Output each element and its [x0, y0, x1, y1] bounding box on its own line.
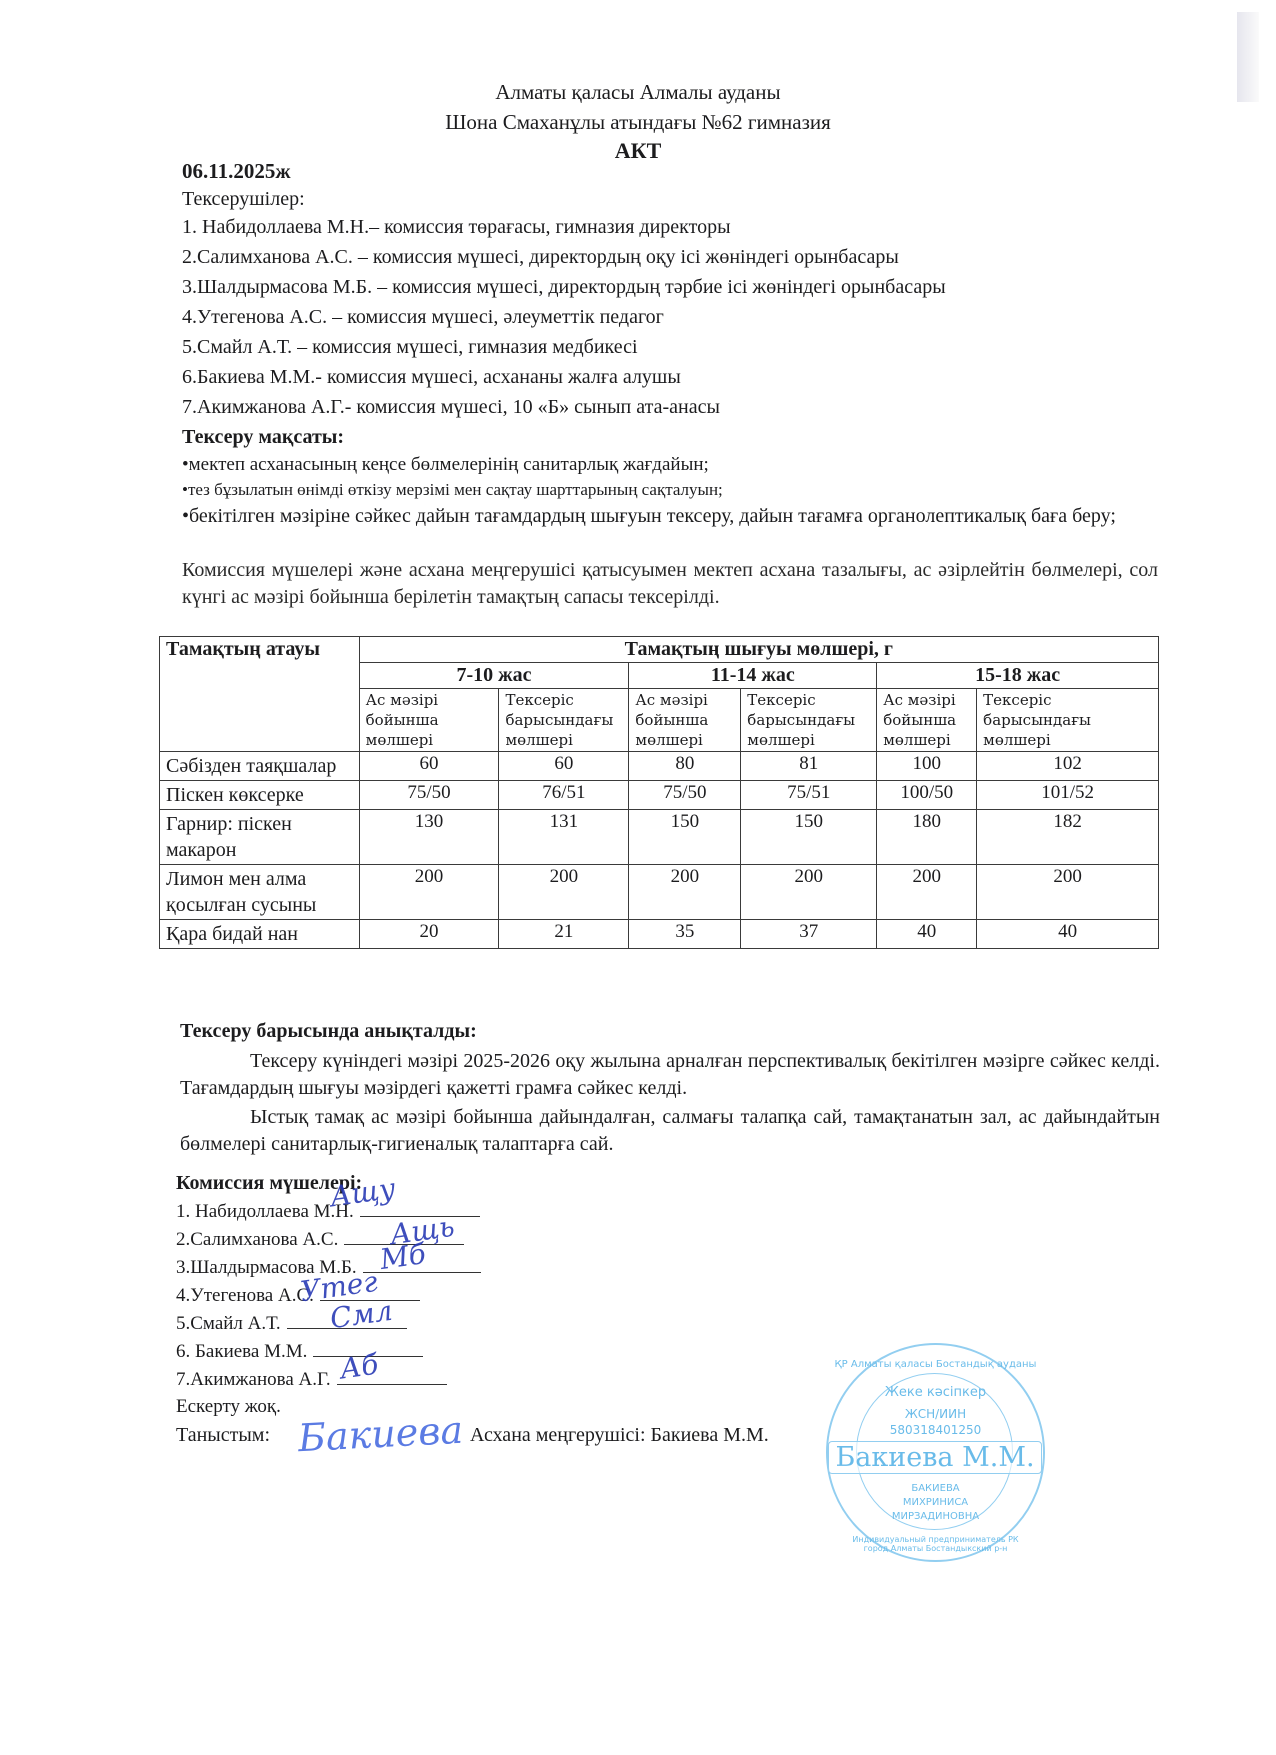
subheader-checked-amount: Тексеріс барысындағы мөлшері	[977, 689, 1159, 752]
amount-cell: 75/50	[359, 781, 499, 810]
inspector-item: 2.Салимханова А.С. – комиссия мүшесі, ди…	[182, 246, 899, 269]
purpose-label: Тексеру мақсаты:	[182, 426, 344, 449]
inspector-item: 7.Акимжанова А.Г.- комиссия мүшесі, 10 «…	[182, 396, 720, 419]
amount-cell: 60	[499, 752, 629, 781]
inspector-item: 3.Шалдырмасова М.Б. – комиссия мүшесі, д…	[182, 276, 946, 299]
table-body: Сәбізден таяқшалар60608081100102Піскен к…	[160, 752, 1159, 949]
member-name: 1. Набидоллаева М.Н.	[176, 1201, 354, 1222]
stamp-outer-top: ҚР Алматы қаласы Бостандық ауданы	[828, 1359, 1043, 1370]
subheader-checked-amount: Тексеріс барысындағы мөлшері	[741, 689, 877, 752]
amount-cell: 182	[977, 810, 1159, 865]
inspector-item: 1. Набидоллаева М.Н.– комиссия төрағасы,…	[182, 216, 731, 239]
findings-paragraph: Тексеру күніндегі мәзірі 2025-2026 оқу ж…	[180, 1048, 1160, 1102]
stamp-type: Жеке кәсіпкер	[828, 1385, 1043, 1400]
inspector-item: 5.Смайл А.Т. – комиссия мүшесі, гимназия…	[182, 336, 638, 359]
column-header-food-name: Тамақтың атауы	[160, 637, 360, 752]
amount-cell: 75/50	[629, 781, 741, 810]
stamp-full-name: МИРЗАДИНОВНА	[828, 1511, 1043, 1522]
subheader-menu-amount: Ас мәзірі бойынша мөлшері	[877, 689, 977, 752]
column-header-output: Тамақтың шығуы мөлшері, г	[359, 637, 1158, 663]
amount-cell: 20	[359, 920, 499, 949]
amount-cell: 81	[741, 752, 877, 781]
member-signature-line: 6. Бакиева М.М.	[176, 1338, 423, 1363]
age-group-header: 11-14 жас	[629, 663, 877, 689]
findings-paragraph: Ыстық тамақ ас мәзірі бойынша дайындалға…	[180, 1104, 1160, 1158]
amount-cell: 40	[977, 920, 1159, 949]
member-name: 5.Смайл А.Т.	[176, 1313, 281, 1334]
table-row: Лимон мен алма қосылған сусыны2002002002…	[160, 865, 1159, 920]
food-name-cell: Қара бидай нан	[160, 920, 360, 949]
official-stamp: ҚР Алматы қаласы Бостандық ауданы Жеке к…	[826, 1343, 1045, 1562]
note-text: Ескерту жоқ.	[176, 1396, 281, 1418]
amount-cell: 75/51	[741, 781, 877, 810]
manager-text: Асхана меңгерушісі: Бакиева М.М.	[470, 1424, 769, 1446]
food-name-cell: Сәбізден таяқшалар	[160, 752, 360, 781]
age-group-header: 15-18 жас	[877, 663, 1159, 689]
acknowledged-label: Таныстым:	[176, 1424, 270, 1446]
member-name: 7.Акимжанова А.Г.	[176, 1369, 331, 1390]
document-date: 06.11.2025ж	[182, 159, 291, 184]
food-name-cell: Лимон мен алма қосылған сусыны	[160, 865, 360, 920]
school-heading: Шона Смаханұлы атындағы №62 гимназия	[0, 110, 1276, 135]
member-signature: Мб	[378, 1237, 428, 1276]
district-heading: Алматы қаласы Алмалы ауданы	[0, 80, 1276, 105]
purpose-bullet: •бекітілген мәзіріне сәйкес дайын тағамд…	[182, 503, 1158, 530]
purpose-bullet: •тез бұзылатын өнімді өткізу мерзімі мен…	[182, 480, 723, 500]
inspector-item: 6.Бакиева М.М.- комиссия мүшесі, асханан…	[182, 366, 681, 389]
table-row: Гарнир: піскен макарон130131150150180182	[160, 810, 1159, 865]
stamp-outer-bottom: Индивидуальный предприниматель РК город …	[828, 1535, 1043, 1553]
food-output-table: Тамақтың атауы Тамақтың шығуы мөлшері, г…	[159, 636, 1159, 949]
amount-cell: 76/51	[499, 781, 629, 810]
stamp-full-name: МИХРИНИСА	[828, 1497, 1043, 1508]
table-row: Сәбізден таяқшалар60608081100102	[160, 752, 1159, 781]
amount-cell: 60	[359, 752, 499, 781]
member-name: 4.Утегенова А.С.	[176, 1285, 314, 1306]
food-name-cell: Піскен көксерке	[160, 781, 360, 810]
amount-cell: 180	[877, 810, 977, 865]
stamp-full-name: БАКИЕВА	[828, 1483, 1043, 1494]
stamp-id-label: ЖСН/ИИН	[828, 1407, 1043, 1421]
member-signature-line: 7.Акимжанова А.Г.	[176, 1366, 447, 1391]
amount-cell: 200	[741, 865, 877, 920]
amount-cell: 100	[877, 752, 977, 781]
table-header-row: Тамақтың атауы Тамақтың шығуы мөлшері, г	[160, 637, 1159, 663]
amount-cell: 200	[359, 865, 499, 920]
amount-cell: 200	[977, 865, 1159, 920]
table-row: Қара бидай нан202135374040	[160, 920, 1159, 949]
purpose-summary: Комиссия мүшелері және асхана меңгерушіс…	[182, 557, 1158, 611]
amount-cell: 200	[499, 865, 629, 920]
amount-cell: 150	[629, 810, 741, 865]
member-name: 6. Бакиева М.М.	[176, 1341, 307, 1362]
subheader-menu-amount: Ас мәзірі бойынша мөлшері	[359, 689, 499, 752]
amount-cell: 200	[629, 865, 741, 920]
member-signature: Аб	[338, 1347, 381, 1385]
amount-cell: 37	[741, 920, 877, 949]
manager-signature: Бакиева	[297, 1408, 464, 1461]
amount-cell: 40	[877, 920, 977, 949]
inspector-item: 4.Утегенова А.С. – комиссия мүшесі, әлеу…	[182, 306, 664, 329]
stamp-id-number: 580318401250	[828, 1423, 1043, 1437]
table-row: Піскен көксерке75/5076/5175/5075/51100/5…	[160, 781, 1159, 810]
amount-cell: 100/50	[877, 781, 977, 810]
food-name-cell: Гарнир: піскен макарон	[160, 810, 360, 865]
amount-cell: 102	[977, 752, 1159, 781]
amount-cell: 35	[629, 920, 741, 949]
amount-cell: 21	[499, 920, 629, 949]
amount-cell: 80	[629, 752, 741, 781]
amount-cell: 130	[359, 810, 499, 865]
amount-cell: 131	[499, 810, 629, 865]
findings-label: Тексеру барысында анықталды:	[180, 1020, 477, 1043]
subheader-menu-amount: Ас мәзірі бойынша мөлшері	[629, 689, 741, 752]
purpose-bullet: •мектеп асханасының кеңсе бөлмелерінің с…	[182, 454, 709, 476]
acknowledged-line: Таныстым: Асхана меңгерушісі: Бакиева М.…	[176, 1424, 769, 1447]
subheader-checked-amount: Тексеріс барысындағы мөлшері	[499, 689, 629, 752]
amount-cell: 200	[877, 865, 977, 920]
age-group-header: 7-10 жас	[359, 663, 629, 689]
inspectors-label: Тексерушілер:	[182, 188, 305, 211]
amount-cell: 101/52	[977, 781, 1159, 810]
amount-cell: 150	[741, 810, 877, 865]
stamp-name: Бакиева М.М.	[828, 1441, 1042, 1474]
member-name: 2.Салимханова А.С.	[176, 1229, 338, 1250]
